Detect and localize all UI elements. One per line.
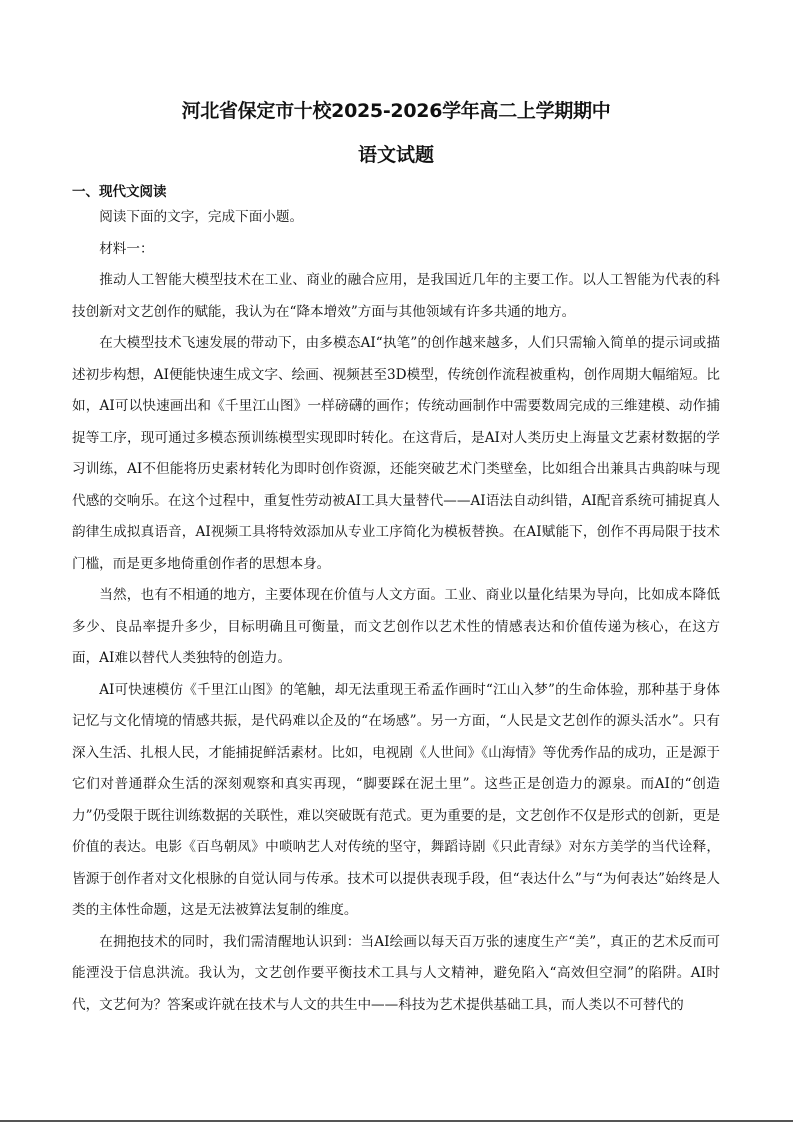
paragraph: 当然，也有不相通的地方，主要体现在价值与人文方面。工业、商业以量化结果为导向，比… — [72, 580, 720, 675]
section-heading: 一、现代文阅读 — [72, 180, 167, 200]
paragraph: 在拥抱技术的同时，我们需清醒地认识到：当AI绘画以每天百万张的速度生产“美”，真… — [72, 927, 720, 1022]
reading-passage: 阅读下面的文字，完成下面小题。 材料一： 推动人工智能大模型技术在工业、商业的融… — [72, 202, 720, 1021]
material-label: 材料一： — [72, 234, 720, 266]
instruction-text: 阅读下面的文字，完成下面小题。 — [72, 202, 720, 234]
document-title: 河北省保定市十校2025-2026学年高二上学期期中 — [72, 96, 720, 123]
document-subtitle: 语文试题 — [72, 140, 720, 167]
paragraph: 在大模型技术飞速发展的带动下，由多模态AI“执笔”的创作越来越多，人们只需输入简… — [72, 328, 720, 580]
paragraph: AI可快速模仿《千里江山图》的笔触，却无法重现王希孟作画时“江山入梦”的生命体验… — [72, 675, 720, 927]
paragraph: 推动人工智能大模型技术在工业、商业的融合应用，是我国近几年的主要工作。以人工智能… — [72, 265, 720, 328]
